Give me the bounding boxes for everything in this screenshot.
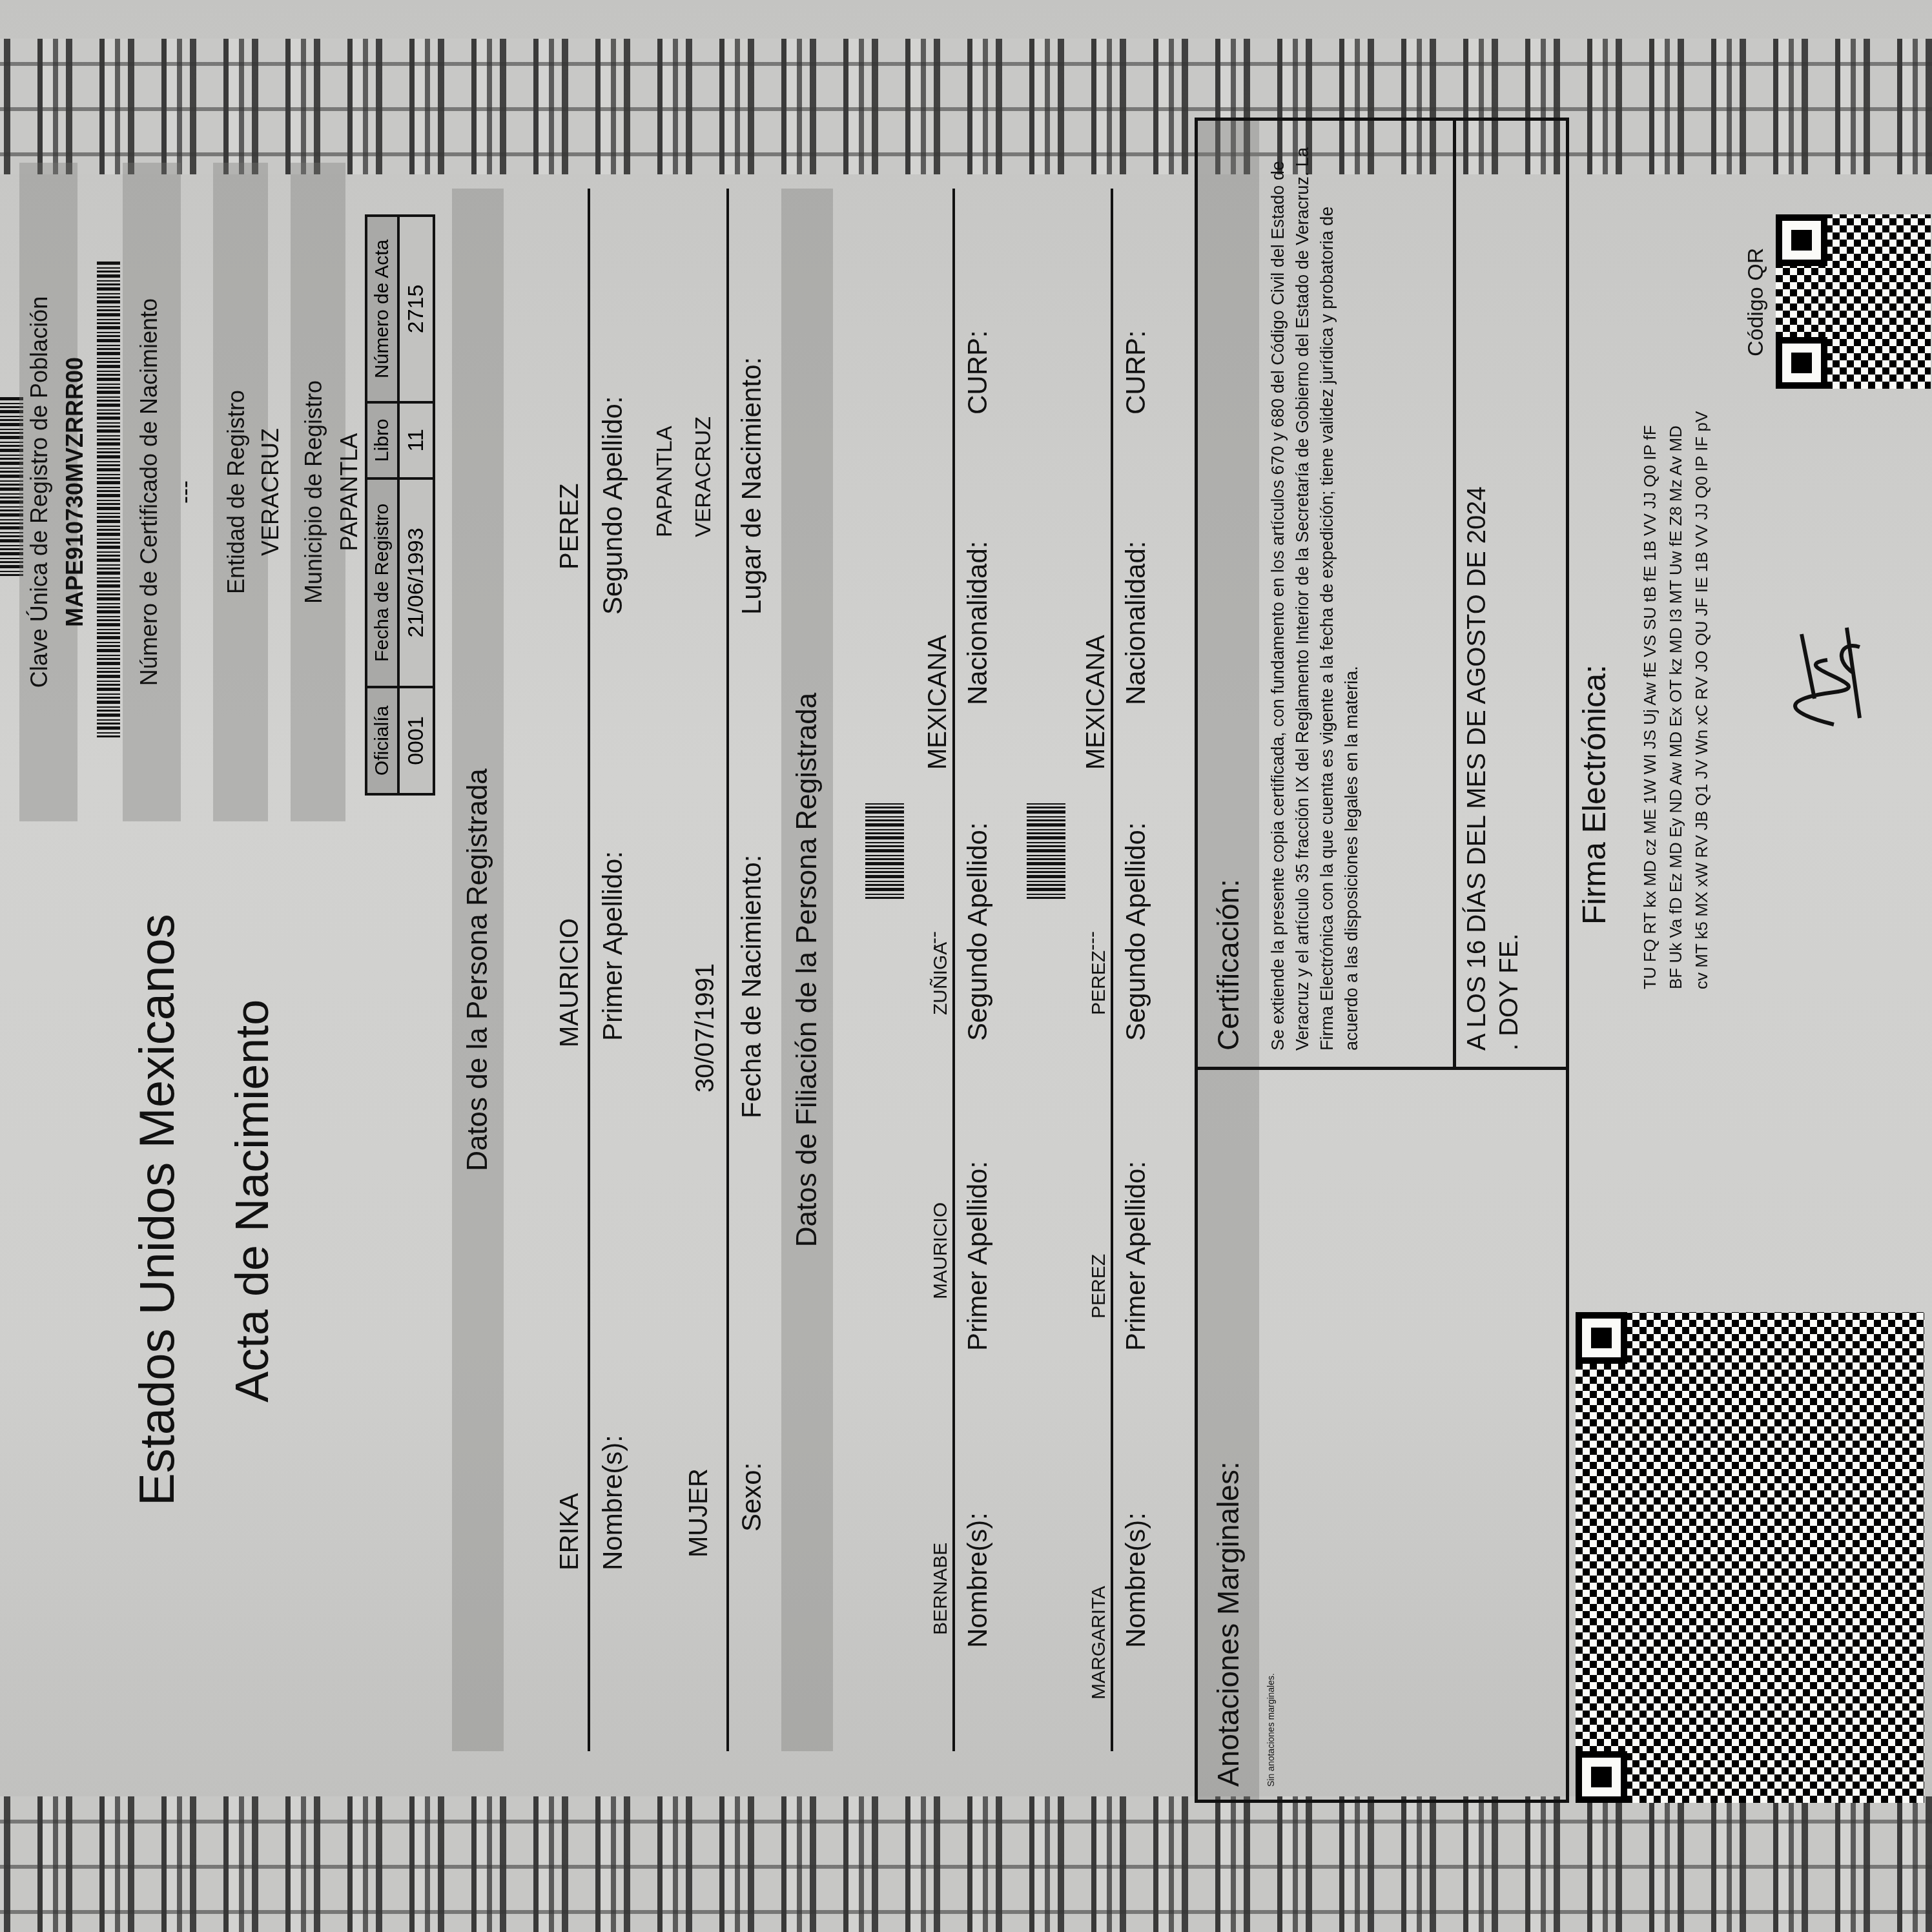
birth-place-state: VERACRUZ <box>691 416 716 537</box>
parent2-names-label: Nombre(s): <box>1120 1512 1151 1648</box>
parent2-first-surname-label: Primer Apellido: <box>1120 1161 1151 1351</box>
curp-value: MAPE910730MVZRRR00 <box>61 163 88 821</box>
parent1-first-surname-value: MAURICIO <box>930 1202 952 1299</box>
annotations-text: Sin anotaciones marginales. <box>1266 1673 1276 1787</box>
box-divider <box>1198 1067 1566 1070</box>
date-divider <box>1453 121 1456 1067</box>
header-fecha-registro: Fecha de Registro <box>366 478 398 687</box>
filiation-section-title: Datos de Filiación de la Persona Registr… <box>791 189 823 1751</box>
electronic-signature-label: Firma Electrónica: <box>1576 664 1613 925</box>
person-birth-date-label: Fecha de Nacimiento: <box>736 854 767 1118</box>
certification-title: Certificación: <box>1211 879 1246 1051</box>
decorative-border-top <box>0 1796 1932 1932</box>
parent2-curp-value: --- <box>1082 931 1104 951</box>
parent1-second-surname-value: ZUÑIGA <box>930 942 952 1015</box>
handwritten-signature-icon <box>1756 621 1879 737</box>
curp-label: Clave Única de Registro de Población <box>26 163 53 821</box>
birth-certificate-document: Estados Unidos Mexicanos Acta de Nacimie… <box>0 0 1932 1932</box>
divider <box>1111 189 1113 1751</box>
parent1-names-label: Nombre(s): <box>962 1512 993 1648</box>
person-birth-date-value: 30/07/1991 <box>691 963 720 1093</box>
person-first-surname-value: MAURICIO <box>555 918 584 1047</box>
parent1-curp-label: CURP: <box>962 330 993 415</box>
annotations-certification-box: Anotaciones Marginales: Sin anotaciones … <box>1195 118 1569 1803</box>
parent1-second-surname-label: Segundo Apellido: <box>962 822 993 1041</box>
qr-label: Código QR <box>1743 248 1769 356</box>
value-oficialia: 0001 <box>398 687 434 794</box>
signature-hash-line-3: cv MT k5 MX xW RV JB Q1 JV Wn xC RV JO Q… <box>1689 411 1714 989</box>
birth-place-municipality: PAPANTLA <box>652 426 677 537</box>
country-title: Estados Unidos Mexicanos <box>129 914 185 1506</box>
value-numero-acta: 2715 <box>398 216 434 402</box>
parent2-barcode <box>1027 802 1065 899</box>
parent2-first-surname-value: PEREZ <box>1088 1254 1110 1319</box>
registry-table-header-row: Oficialía Fecha de Registro Libro Número… <box>366 216 398 794</box>
municipality-value: PAPANTLA <box>336 163 363 821</box>
value-libro: 11 <box>398 402 434 478</box>
header-numero-acta: Número de Acta <box>366 216 398 402</box>
document-title: Acta de Nacimiento <box>226 1000 279 1403</box>
parent1-names-value: BERNABE <box>930 1543 952 1635</box>
person-second-surname-label: Segundo Apellido: <box>597 396 628 615</box>
registry-table-value-row: 0001 21/06/1993 11 2715 <box>398 216 434 794</box>
person-sex-value: MUJER <box>684 1468 714 1557</box>
parent1-nationality-label: Nacionalidad: <box>962 540 993 705</box>
signature-hash-line-1: TU FQ RT kx MD cz ME 1W WI JS Uj Aw fE V… <box>1637 425 1663 989</box>
parent2-curp-label: CURP: <box>1120 330 1151 415</box>
large-qr-code <box>1576 1312 1924 1803</box>
person-names-label: Nombre(s): <box>597 1435 628 1570</box>
annotations-title: Anotaciones Marginales: <box>1211 1461 1246 1787</box>
cert-number-label: Número de Certificado de Nacimiento <box>136 163 163 821</box>
certification-text: Se extiende la presente copia certificad… <box>1266 147 1364 1051</box>
parent2-second-surname-value: PEREZ <box>1088 951 1110 1015</box>
person-birth-place-label: Lugar de Nacimiento: <box>736 357 767 615</box>
parent1-nationality-value: MEXICANA <box>923 635 952 770</box>
entity-label: Entidad de Registro <box>223 163 250 821</box>
divider <box>952 189 955 1751</box>
signature-hash-line-2: BF Uk Va fD Ez MD Ey ND Aw MD Ex OT kz M… <box>1663 426 1689 989</box>
parent2-nationality-value: MEXICANA <box>1082 635 1111 770</box>
curp-barcode <box>97 260 120 737</box>
parent1-barcode <box>865 802 904 899</box>
person-first-surname-label: Primer Apellido: <box>597 851 628 1041</box>
entity-value: VERACRUZ <box>257 163 284 821</box>
person-names-value: ERIKA <box>555 1493 584 1570</box>
divider <box>588 189 590 1751</box>
cert-number-value: --- <box>171 163 198 821</box>
certification-date: A LOS 16 DÍAS DEL MES DE AGOSTO DE 2024 <box>1463 486 1492 1051</box>
parent1-first-surname-label: Primer Apellido: <box>962 1161 993 1351</box>
parent1-curp-value: --- <box>923 931 945 951</box>
person-sex-label: Sexo: <box>736 1463 767 1532</box>
person-second-surname-value: PEREZ <box>555 484 584 570</box>
parent2-second-surname-label: Segundo Apellido: <box>1120 822 1151 1041</box>
certification-closing: . DOY FE. <box>1495 933 1524 1051</box>
parent2-nationality-label: Nacionalidad: <box>1120 540 1151 705</box>
parent2-names-value: MARGARITA <box>1088 1586 1110 1700</box>
header-libro: Libro <box>366 402 398 478</box>
small-qr-code <box>1776 214 1931 389</box>
divider <box>726 189 729 1751</box>
decorative-border-bottom <box>0 39 1932 174</box>
person-section-title: Datos de la Persona Registrada <box>462 189 494 1751</box>
header-oficialia: Oficialía <box>366 687 398 794</box>
registry-table: Oficialía Fecha de Registro Libro Número… <box>365 214 435 796</box>
municipality-label: Municipio de Registro <box>300 163 327 821</box>
value-fecha-registro: 21/06/1993 <box>398 478 434 687</box>
